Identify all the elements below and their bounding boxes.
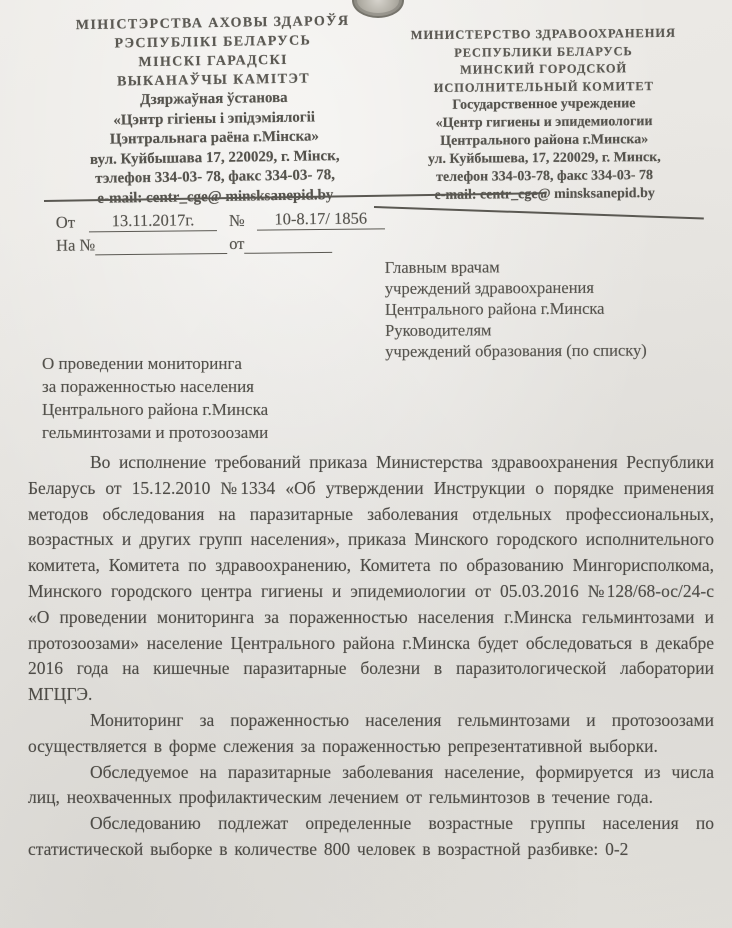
- reply-to-label: На №: [56, 235, 95, 255]
- reference-block: От 13.11.2017г. № 10-8.17/ 1856 На № от: [56, 208, 396, 259]
- reply-number-blank: [95, 235, 227, 255]
- letter-date: 13.11.2017г.: [89, 210, 217, 232]
- scanned-letter-page: МІНІСТЭРСТВА АХОВЫ ЗДАРОЎЯ РЭСПУБЛІКІ БЕ…: [0, 0, 732, 928]
- outgoing-reference-row: От 13.11.2017г. № 10-8.17/ 1856: [56, 208, 396, 233]
- body-paragraph: Во исполнение требований приказа Министе…: [28, 450, 714, 708]
- body-paragraph: Обследованию подлежат определенные возра…: [28, 811, 714, 863]
- subject-line: гельминтозами и протозоозами: [42, 421, 362, 444]
- subject-line: за пораженностью населения: [42, 375, 362, 398]
- reply-date-blank: [244, 234, 332, 254]
- subject-line: О проведении мониторинга: [42, 352, 362, 375]
- number-label: №: [229, 211, 245, 231]
- addressee-line: Главным врачам: [385, 255, 720, 278]
- letterhead-russian: МИНИСТЕРСТВО ЗДРАВООХРАНЕНИЯ РЕСПУБЛИКИ …: [375, 25, 713, 206]
- addressee-line: Центрального района г.Минска: [385, 297, 720, 320]
- addressee-line: учреждений образования (по списку): [385, 339, 720, 362]
- letterhead-belarusian: МІНІСТЭРСТВА АХОВЫ ЗДАРОЎЯ РЭСПУБЛІКІ БЕ…: [55, 12, 374, 210]
- addressee-line: Руководителям: [385, 318, 720, 341]
- body-paragraph: Обследуемое на паразитарные заболевания …: [28, 760, 714, 812]
- subject-line: Центрального района г.Минска: [42, 398, 362, 421]
- letter-body: Во исполнение требований приказа Министе…: [28, 450, 714, 863]
- org-line: МИНИСТЕРСТВО ЗДРАВООХРАНЕНИЯ: [375, 25, 711, 45]
- addressee-block: Главным врачам учреждений здравоохранени…: [385, 255, 721, 362]
- body-paragraph: Мониторинг за пораженностью населения ге…: [28, 708, 714, 760]
- letter-number: 10-8.17/ 1856: [257, 208, 385, 230]
- reply-date-label: от: [229, 234, 244, 254]
- incoming-reference-row: На № от: [56, 232, 396, 256]
- letterhead-divider-right: [374, 206, 704, 220]
- addressee-line: учреждений здравоохранения: [385, 276, 720, 299]
- from-label: От: [56, 213, 75, 233]
- subject-block: О проведении мониторинга за пораженность…: [42, 352, 362, 444]
